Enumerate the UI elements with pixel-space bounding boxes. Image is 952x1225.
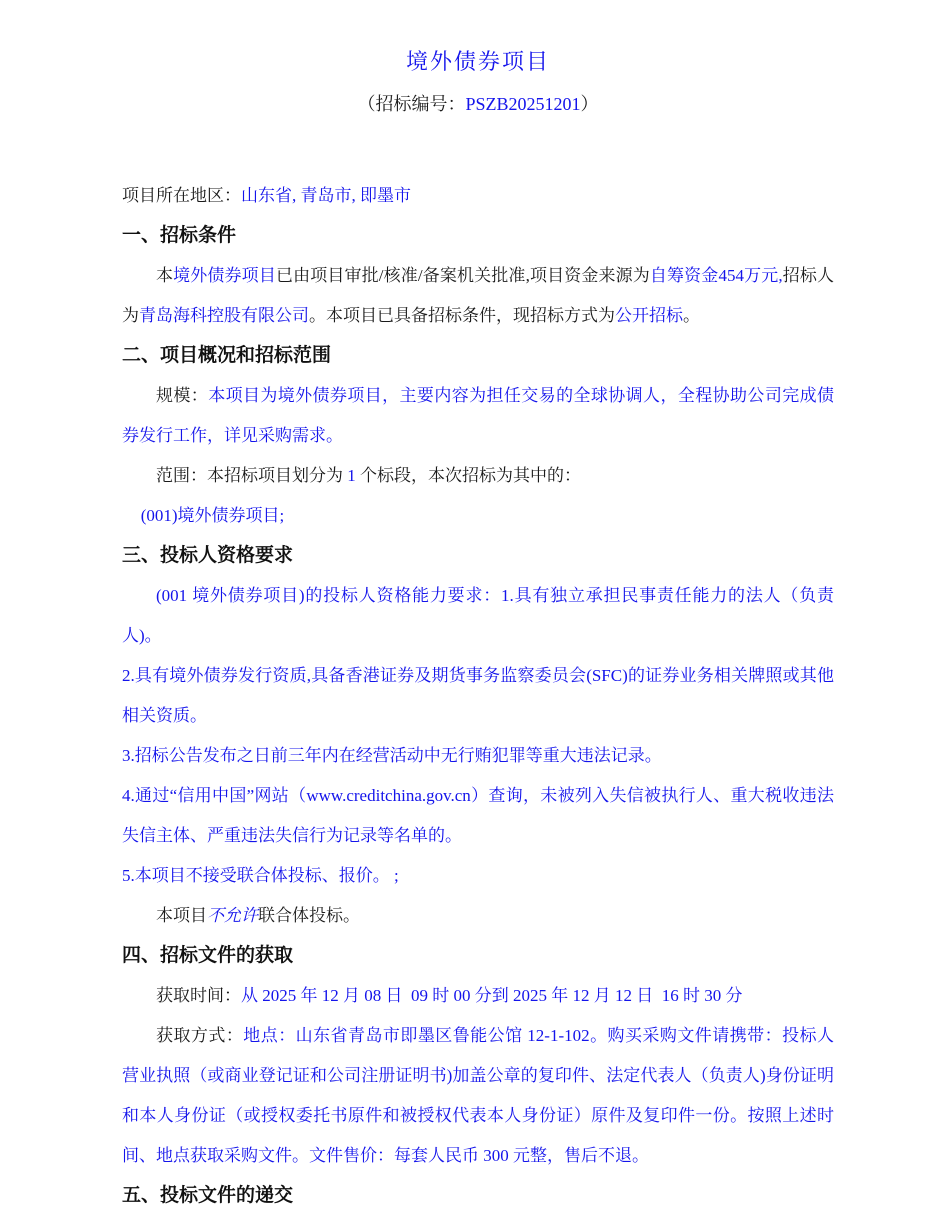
text-segment: 本项目 — [156, 906, 207, 925]
qualification-requirement-3: 3.招标公告发布之日前三年内在经营活动中无行贿犯罪等重大违法记录。 — [122, 736, 834, 776]
tender-announcement-document: 境外债券项目 （招标编号：PSZB20251201） 项目所在地区：山东省, 青… — [0, 0, 952, 1225]
text-segment: 获取方式： — [156, 1026, 243, 1045]
text-segment: 获取时间： — [156, 986, 241, 1005]
scale-paragraph: 规模：本项目为境外债券项目，主要内容为担任交易的全球协调人，全程协助公司完成债券… — [122, 376, 834, 456]
text-segment: ） — [581, 94, 599, 114]
lot-001-line: (001)境外债券项目; — [122, 496, 834, 536]
text-segment: 境外债券项目 — [173, 266, 276, 285]
acquisition-method-paragraph: 获取方式：地点：山东省青岛市即墨区鲁能公馆 12-1-102。购买采购文件请携带… — [122, 1016, 834, 1176]
qualification-requirement-2: 2.具有境外债券发行资质,具备香港证券及期货事务监察委员会(SFC)的证券业务相… — [122, 656, 834, 736]
text-segment: 。本项目已具备招标条件，现招标方式为 — [309, 306, 615, 325]
section-heading-bid-submission: 五、投标文件的递交 — [122, 1176, 834, 1216]
bid-number-line: （招标编号：PSZB20251201） — [122, 84, 834, 124]
text-segment: 。 — [683, 306, 700, 325]
qualification-requirement-1: (001 境外债券项目)的投标人资格能力要求：1.具有独立承担民事责任能力的法人… — [122, 576, 834, 656]
text-segment: 已由项目审批/核准/备案机关批准,项目资金来源为 — [276, 266, 650, 285]
project-location-line: 项目所在地区：山东省, 青岛市, 即墨市 — [122, 176, 834, 216]
text-segment: 个标段，本次招标为其中的： — [356, 466, 581, 485]
qualification-requirement-4: 4.通过“信用中国”网站（www.creditchina.gov.cn）查询，未… — [122, 776, 834, 856]
qualification-requirement-5: 5.本项目不接受联合体投标、报价。 ; — [122, 856, 834, 896]
text-segment: 本项目为境外债券项目，主要内容为担任交易的全球协调人，全程协助公司完成债券发行工… — [122, 386, 834, 445]
text-segment: 范围：本招标项目划分为 — [156, 466, 347, 485]
text-segment: 山东省, 青岛市, 即墨市 — [241, 186, 411, 205]
section-heading-document-acquisition: 四、招标文件的获取 — [122, 936, 834, 976]
text-segment: 自筹资金454万元, — [650, 266, 783, 285]
text-segment: 3.招标公告发布之日前三年内在经营活动中无行贿犯罪等重大违法记录。 — [122, 746, 662, 765]
section-heading-bidder-qualifications: 三、投标人资格要求 — [122, 536, 834, 576]
text-segment: 4.通过“信用中国”网站（www.creditchina.gov.cn）查询，未… — [122, 786, 834, 845]
section-heading-bidding-conditions: 一、招标条件 — [122, 216, 834, 256]
text-segment: PSZB20251201 — [465, 94, 580, 114]
scope-paragraph: 范围：本招标项目划分为 1 个标段，本次招标为其中的： — [122, 456, 834, 496]
text-segment: 青岛海科控股有限公司 — [139, 306, 309, 325]
text-segment: 从 2025 年 12 月 08 日 09 时 00 分到 2025 年 12 … — [241, 986, 743, 1005]
section-heading-project-overview: 二、项目概况和招标范围 — [122, 336, 834, 376]
acquisition-time-line: 获取时间：从 2025 年 12 月 08 日 09 时 00 分到 2025 … — [122, 976, 834, 1016]
text-segment: 联合体投标。 — [258, 906, 360, 925]
text-segment: 不允许 — [207, 906, 258, 925]
text-segment: 本 — [156, 266, 173, 285]
text-segment: (001)境外债券项目; — [141, 506, 285, 525]
text-segment: 5.本项目不接受联合体投标、报价。 ; — [122, 866, 399, 885]
text-segment: 规模： — [156, 386, 208, 405]
text-segment: 项目所在地区： — [122, 186, 241, 205]
text-segment: 公开招标 — [615, 306, 683, 325]
text-segment: 2.具有境外债券发行资质,具备香港证券及期货事务监察委员会(SFC)的证券业务相… — [122, 666, 834, 725]
text-segment: (001 境外债券项目)的投标人资格能力要求：1.具有独立承担民事责任能力的法人… — [122, 586, 834, 645]
document-title: 境外债券项目 — [122, 40, 834, 84]
text-segment: 地点：山东省青岛市即墨区鲁能公馆 12-1-102。购买采购文件请携带：投标人营… — [122, 1026, 834, 1165]
joint-venture-note: 本项目不允许联合体投标。 — [122, 896, 834, 936]
text-segment: （招标编号： — [357, 94, 465, 114]
bidding-conditions-paragraph: 本境外债券项目已由项目审批/核准/备案机关批准,项目资金来源为自筹资金454万元… — [122, 256, 834, 336]
text-segment: 1 — [347, 466, 356, 485]
